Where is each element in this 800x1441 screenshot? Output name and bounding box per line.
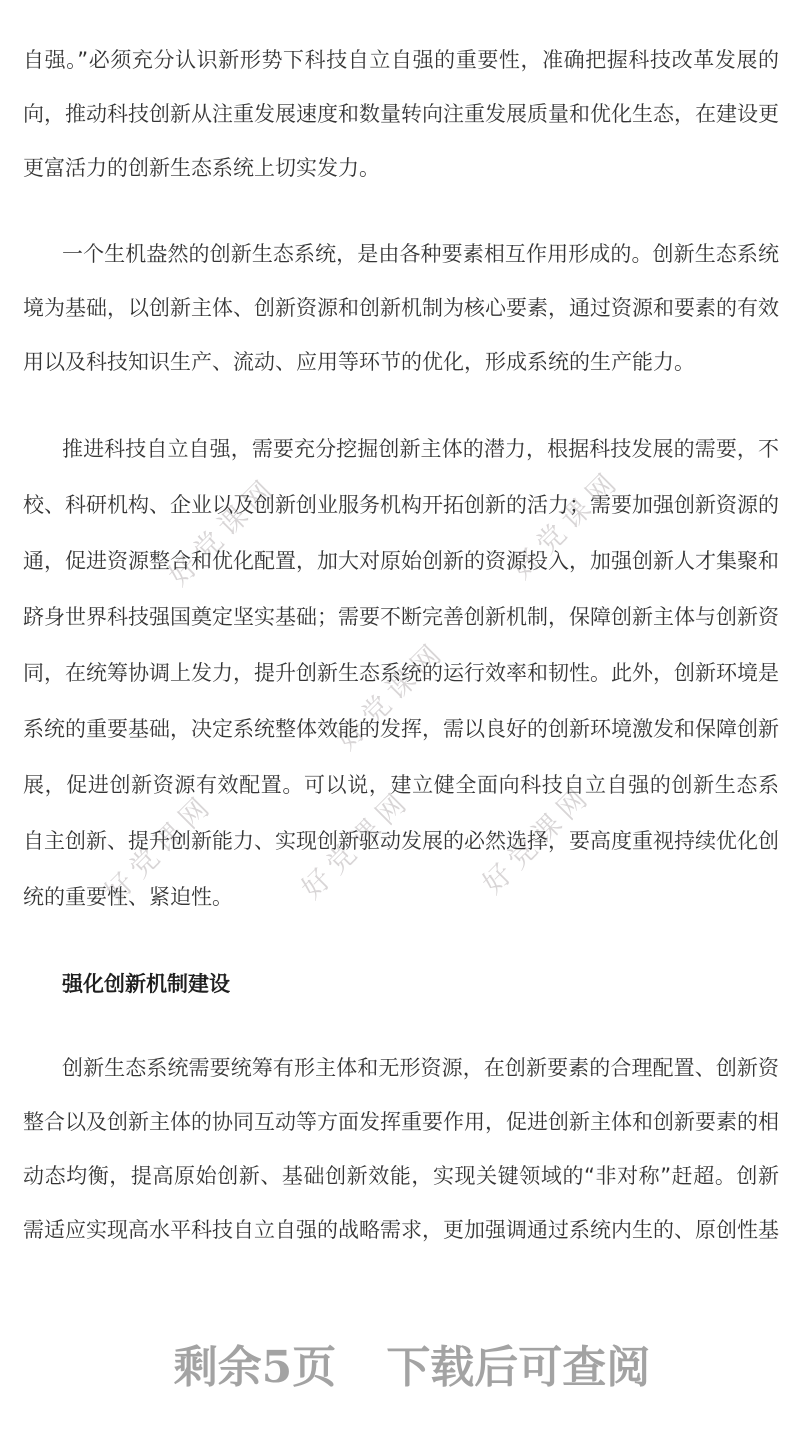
paragraph-line: 需适应实现高水平科技自立自强的战略需求，更加强调通过系统内生的、原创性基础性的新	[23, 1203, 779, 1257]
body-paragraph: 推进科技自立自强，需要充分挖掘创新主体的潜力，根据科技发展的需要，不断激发高校、…	[23, 421, 779, 925]
paragraph-line: 创新生态系统需要统筹有形主体和无形资源，在创新要素的合理配置、创新资源的有效	[23, 1041, 779, 1095]
paragraph-line: 整合以及创新主体的协同互动等方面发挥重要作用，促进创新主体和创新要素的相互作用和	[23, 1095, 779, 1149]
section-heading: 强化创新机制建设	[23, 957, 779, 1011]
body-paragraph: 自强。”必须充分认识新形势下科技自立自强的重要性，准确把握科技改革发展的重点和方…	[23, 33, 779, 195]
paragraph-line: 自主创新、提升创新能力、实现创新驱动发展的必然选择，要高度重视持续优化创新生态系	[23, 813, 779, 869]
paragraph-line: 校、科研机构、企业以及创新创业服务机构开拓创新的活力；需要加强创新资源的共享与流	[23, 477, 779, 533]
paragraph-line: 动态均衡，提高原始创新、基础创新效能，实现关键领域的“非对称”赶超。创新生态系统	[23, 1149, 779, 1203]
paragraph-line: 通，促进资源整合和优化配置，加大对原始创新的资源投入，加强创新人才集聚和培养，为	[23, 533, 779, 589]
paragraph-line: 展，促进创新资源有效配置。可以说，建立健全面向科技自立自强的创新生态系统，是推进	[23, 757, 779, 813]
document-page: 好党课网 好党课网 好党课网 好党课网 好党课网 好党课网 自强。”必须充分认识…	[0, 0, 800, 1441]
paragraph-line: 更富活力的创新生态系统上切实发力。	[23, 141, 779, 195]
paragraph-line: 同，在统筹协调上发力，提升创新生态系统的运行效率和韧性。此外，创新环境是创新生态	[23, 645, 779, 701]
body-paragraph: 创新生态系统需要统筹有形主体和无形资源，在创新要素的合理配置、创新资源的有效整合…	[23, 1041, 779, 1257]
document-body: 自强。”必须充分认识新形势下科技自立自强的重要性，准确把握科技改革发展的重点和方…	[23, 33, 779, 1257]
remaining-pages-label: 剩余5页	[174, 1342, 337, 1394]
paragraph-line: 统的重要性、紧迫性。	[23, 869, 779, 925]
paragraph-line: 强化创新机制建设	[23, 957, 779, 1011]
download-hint-label: 下载后可查阅	[386, 1342, 650, 1394]
paragraph-line: 用以及科技知识生产、流动、应用等环节的优化，形成系统的生产能力。	[23, 335, 779, 389]
paragraph-line: 系统的重要基础，决定系统整体效能的发挥，需以良好的创新环境激发和保障创新活动的开	[23, 701, 779, 757]
paragraph-line: 向，推动科技创新从注重发展速度和数量转向注重发展质量和优化生态，在建设更高质量、	[23, 87, 779, 141]
paragraph-line: 跻身世界科技强国奠定坚实基础；需要不断完善创新机制，保障创新主体与创新资源有效协	[23, 589, 779, 645]
paragraph-line: 一个生机盎然的创新生态系统，是由各种要素相互作用形成的。创新生态系统以创新环	[23, 227, 779, 281]
paragraph-line: 推进科技自立自强，需要充分挖掘创新主体的潜力，根据科技发展的需要，不断激发高	[23, 421, 779, 477]
paragraph-line: 自强。”必须充分认识新形势下科技自立自强的重要性，准确把握科技改革发展的重点和方	[23, 33, 779, 87]
body-paragraph: 一个生机盎然的创新生态系统，是由各种要素相互作用形成的。创新生态系统以创新环境为…	[23, 227, 779, 389]
page-footer: 剩余5页 下载后可查阅	[0, 1342, 800, 1394]
preview-limit-notice: 剩余5页 下载后可查阅	[174, 1342, 651, 1394]
paragraph-line: 境为基础，以创新主体、创新资源和创新机制为核心要素，通过资源和要素的有效配置和应	[23, 281, 779, 335]
